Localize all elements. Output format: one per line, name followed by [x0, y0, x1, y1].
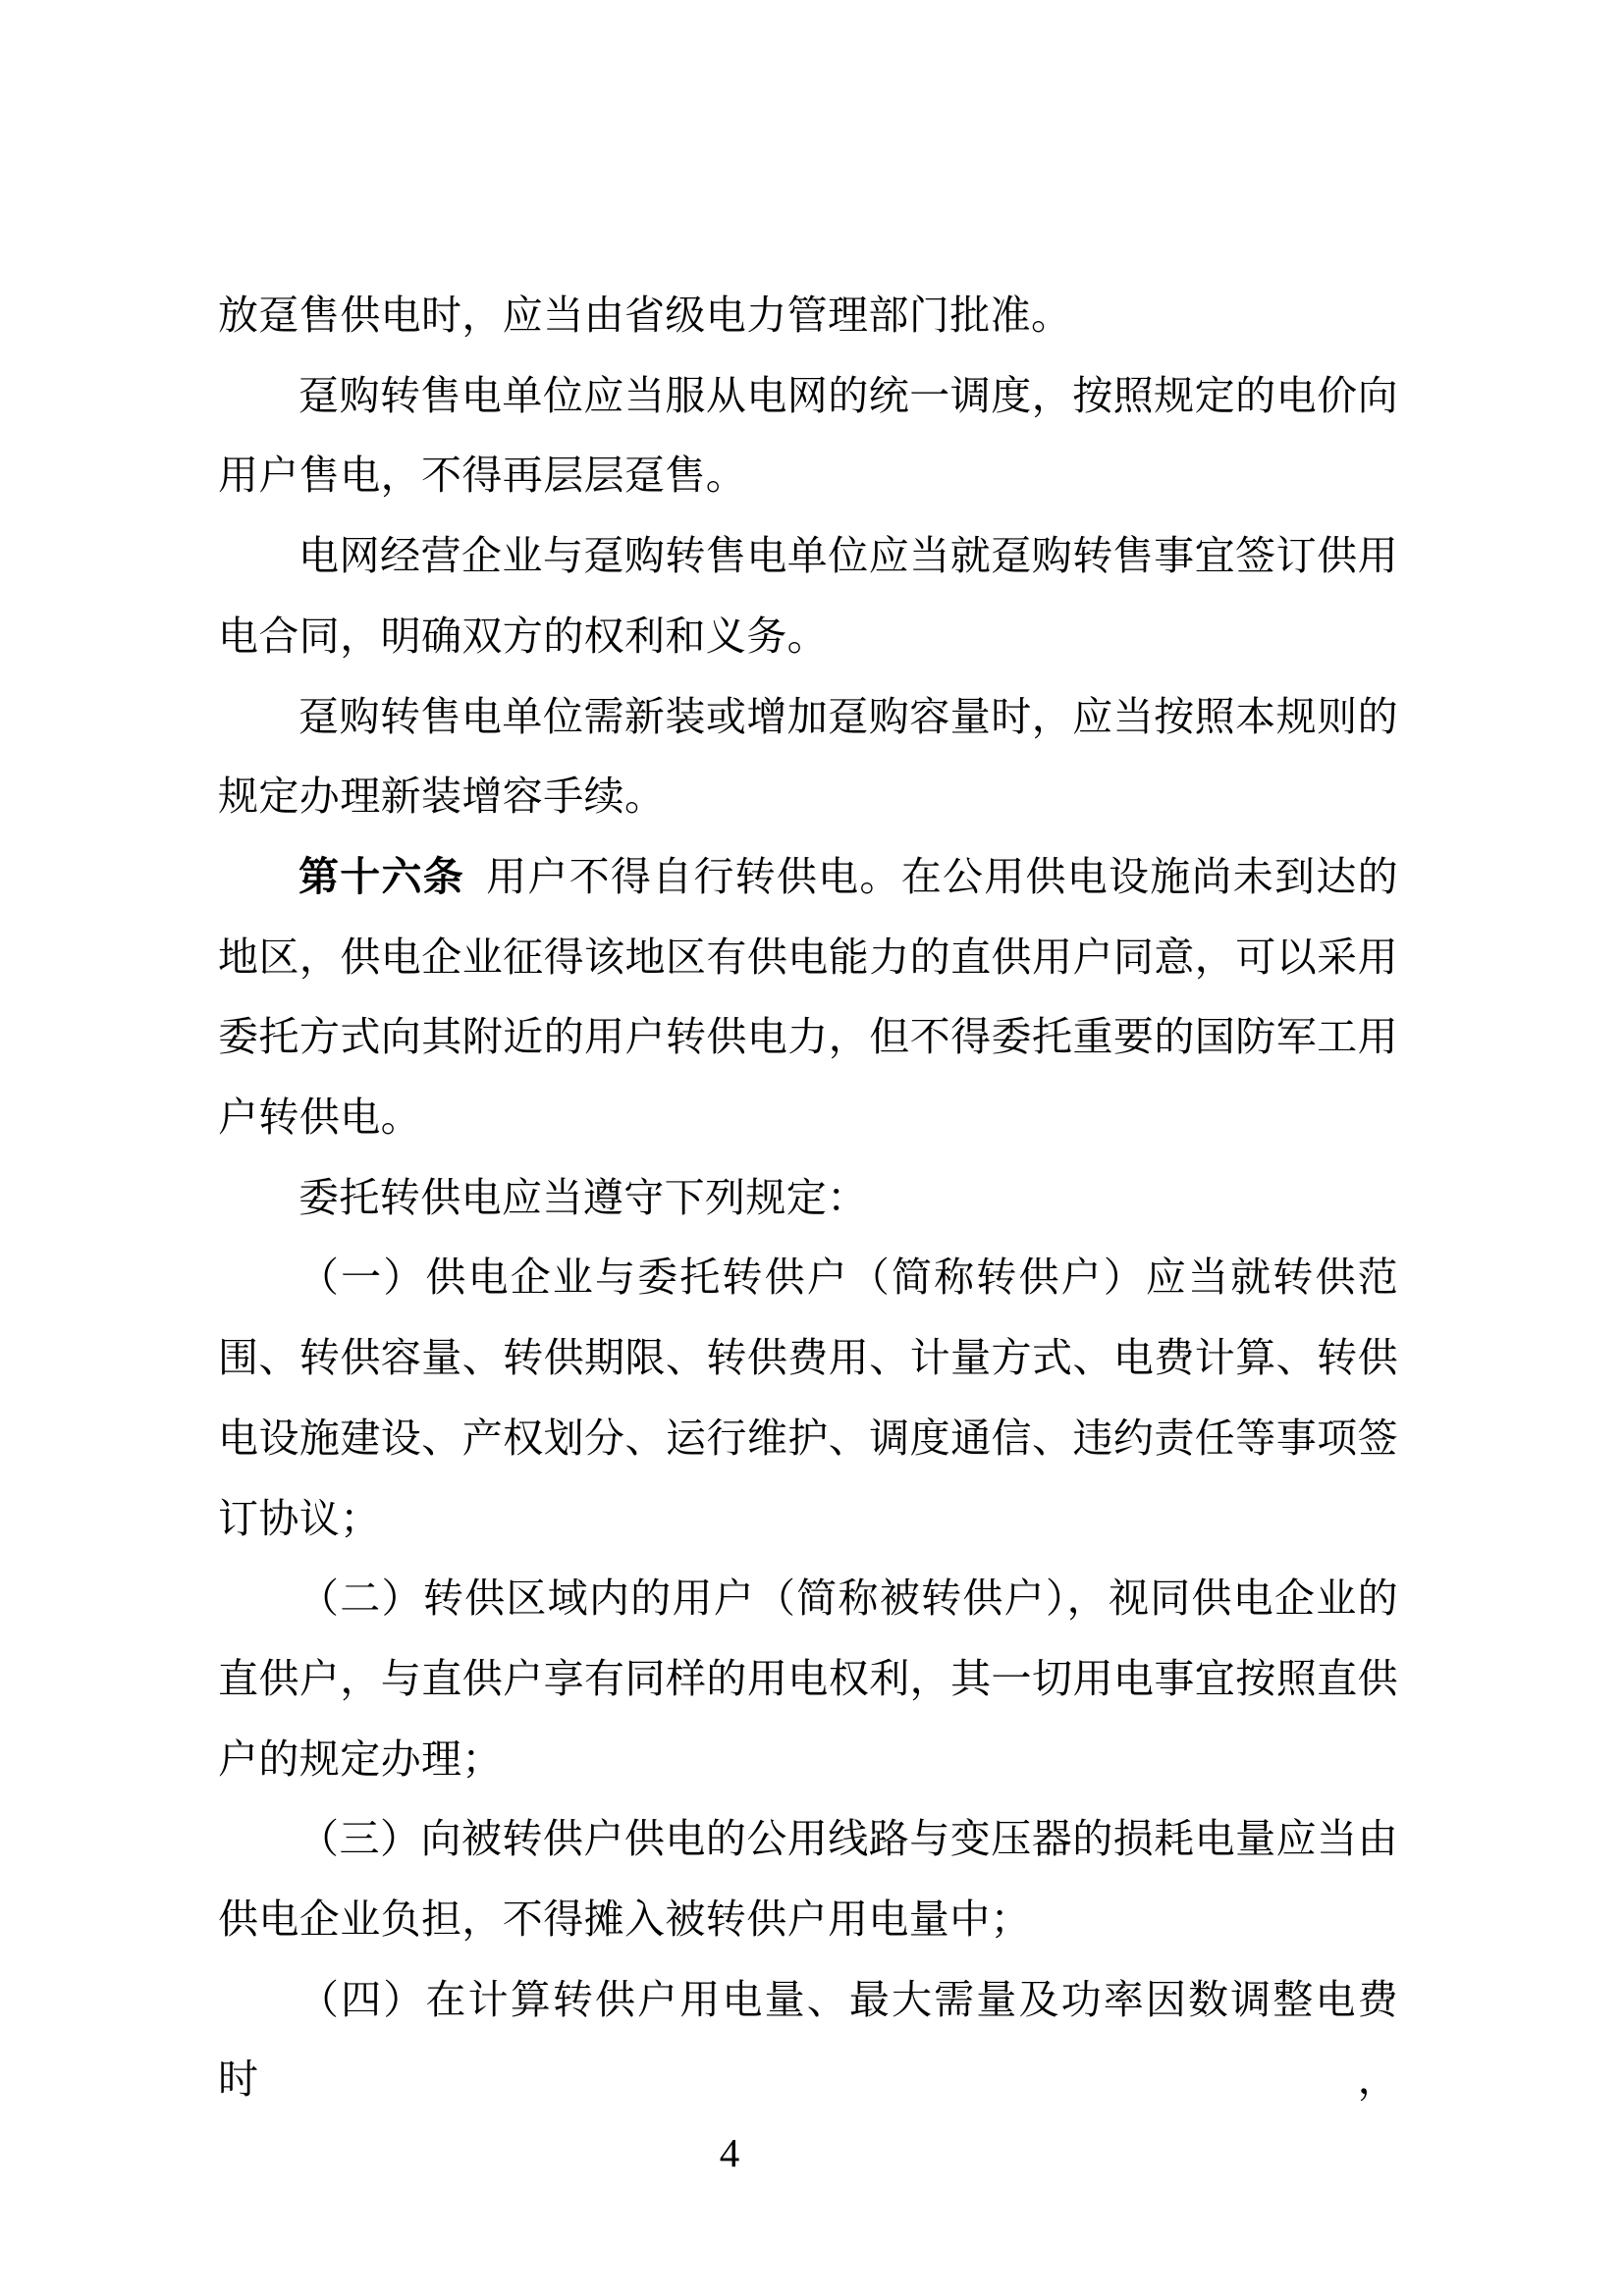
document-page: 放趸售供电时，应当由省级电力管理部门批准。 趸购转售电单位应当服从电网的统一调度… — [0, 0, 1624, 2296]
article-16-heading: 第十六条 — [298, 854, 464, 899]
paragraph-article-16: 第十六条用户不得自行转供电。在公用供电设施尚未到达的地区，供电企业征得该地区有供… — [218, 837, 1398, 1158]
document-body: 放趸售供电时，应当由省级电力管理部门批准。 趸购转售电单位应当服从电网的统一调度… — [218, 276, 1398, 2120]
paragraph-capacity-rule: 趸购转售电单位需新装或增加趸购容量时，应当按照本规则的规定办理新装增容手续。 — [218, 677, 1398, 837]
paragraph-provision-1: （一）供电企业与委托转供户（简称转供户）应当就转供范围、转供容量、转供期限、转供… — [218, 1238, 1398, 1559]
paragraph-provisions-intro: 委托转供电应当遵守下列规定： — [218, 1158, 1398, 1239]
paragraph-provision-3: （三）向被转供户供电的公用线路与变压器的损耗电量应当由供电企业负担，不得摊入被转… — [218, 1799, 1398, 1959]
paragraph-contract-rule: 电网经营企业与趸购转售电单位应当就趸购转售事宜签订供用电合同，明确双方的权利和义… — [218, 516, 1398, 676]
paragraph-dispatch-rule: 趸购转售电单位应当服从电网的统一调度，按照规定的电价向用户售电，不得再层层趸售。 — [218, 356, 1398, 516]
paragraph-provision-4: （四）在计算转供户用电量、最大需量及功率因数调整电费时， — [218, 1960, 1398, 2120]
page-number: 4 — [690, 2130, 769, 2175]
paragraph-continuation: 放趸售供电时，应当由省级电力管理部门批准。 — [218, 276, 1398, 356]
paragraph-provision-2: （二）转供区域内的用户（简称被转供户），视同供电企业的直供户，与直供户享有同样的… — [218, 1559, 1398, 1799]
